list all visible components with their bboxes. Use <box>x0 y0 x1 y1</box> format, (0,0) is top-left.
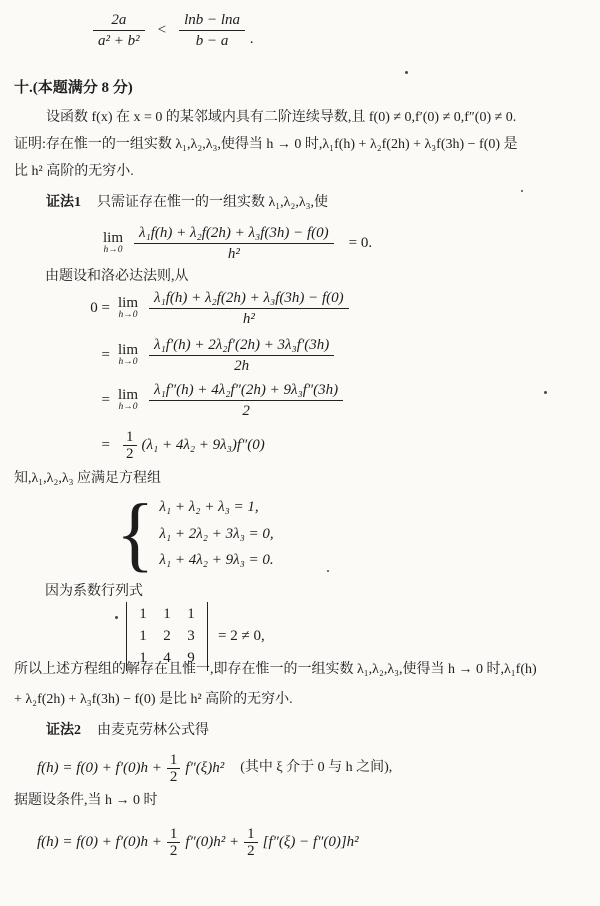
equation-lead: f(h) = f(0) + f′(0)h + <box>37 834 162 851</box>
lim-symbol: lim <box>103 231 123 245</box>
scan-speck <box>521 190 523 192</box>
fraction-denominator: 2 <box>167 842 181 859</box>
matrix-cell: 1 <box>179 605 203 624</box>
proof1-intro: 只需证存在惟一的一组实数 λ₁,λ₂,λ₃,使 <box>97 195 328 210</box>
fraction-denominator: a² + b² <box>93 30 145 50</box>
equation-lead: = <box>82 347 110 364</box>
fraction: λ₁f″(h) + 4λ₂f″(2h) + 9λ₃f″(3h) 2 <box>149 381 343 420</box>
fraction-numerator: λ₁f′(h) + 2λ₂f′(2h) + 3λ₃f′(3h) <box>149 336 334 355</box>
condition-text: 据题设条件,当 h → 0 时 <box>14 790 158 812</box>
scan-speck <box>115 616 118 619</box>
equation-chain-row1: 0 = lim h→0 λ₁f(h) + λ₂f(2h) + λ₃f(3h) −… <box>82 286 354 330</box>
fraction: λ₁f(h) + λ₂f(2h) + λ₃f(3h) − f(0) h² <box>134 224 334 263</box>
proof1-label: 证法1 <box>46 195 81 210</box>
fraction-numerator: λ₁f(h) + λ₂f(2h) + λ₃f(3h) − f(0) <box>149 289 349 308</box>
scanned-page: 2a a² + b² < lnb − lna b − a . 十.(本题满分 8… <box>0 0 600 906</box>
fraction-numerator: λ₁f(h) + λ₂f(2h) + λ₃f(3h) − f(0) <box>134 224 334 243</box>
system-equation-1: λ₁ + λ₂ + λ₃ = 1, <box>159 494 273 521</box>
fraction-denominator: b − a <box>179 30 245 50</box>
one-half-fraction: 1 2 <box>123 429 137 462</box>
equation-lead: 0 = <box>82 300 110 317</box>
matrix-cell: 1 <box>155 605 179 624</box>
lim-symbol: lim <box>118 296 138 310</box>
fraction-lhs: 2a a² + b² <box>93 11 145 50</box>
lhopital-text: 由题设和洛必达法则,从 <box>45 266 189 288</box>
lim-symbol: lim <box>118 388 138 402</box>
problem-heading: 十.(本题满分 8 分) <box>14 77 133 99</box>
fraction-numerator: 2a <box>106 11 131 30</box>
fraction-numerator: lnb − lna <box>179 11 245 30</box>
less-than-sign: < <box>158 22 166 39</box>
fraction-numerator: 1 <box>244 826 258 842</box>
limit-operator: lim h→0 <box>103 231 123 255</box>
lim-subscript: h→0 <box>119 402 138 412</box>
scan-speck <box>327 570 329 572</box>
limit-equation: lim h→0 λ₁f(h) + λ₂f(2h) + λ₃f(3h) − f(0… <box>103 220 372 266</box>
equation-mid: f″(0)h² + <box>185 834 239 851</box>
determinant-value: = 2 ≠ 0, <box>218 628 265 645</box>
matrix-cell: 1 <box>131 605 155 624</box>
proof1-heading-line: 证法1只需证存在惟一的一组实数 λ₁,λ₂,λ₃,使 <box>46 192 328 214</box>
system-intro-text: 知,λ₁,λ₂,λ₃ 应满足方程组 <box>14 468 161 490</box>
system-equation-3: λ₁ + 4λ₂ + 9λ₃ = 0. <box>159 547 273 574</box>
fraction-denominator: 2 <box>244 842 258 859</box>
left-brace: { <box>116 494 154 574</box>
conclusion-line1: 所以上述方程组的解存在且惟一,即存在惟一的一组实数 λ₁,λ₂,λ₃,使得当 h… <box>14 659 537 681</box>
determinant-intro-text: 因为系数行列式 <box>45 581 143 603</box>
lim-subscript: h→0 <box>119 310 138 320</box>
xi-range-note: (其中 ξ 介于 0 与 h 之间), <box>240 757 392 779</box>
one-half-fraction: 1 2 <box>167 752 181 785</box>
fraction-denominator: 2 <box>149 400 343 420</box>
lim-symbol: lim <box>118 343 138 357</box>
equation-rhs: = 0. <box>349 235 372 252</box>
problem-statement-line1: 设函数 f(x) 在 x = 0 的某邻域内具有二阶连续导数,且 f(0) ≠ … <box>46 107 516 129</box>
period: . <box>250 31 254 52</box>
equation-lead: f(h) = f(0) + f′(0)h + <box>37 760 162 777</box>
maclaurin-formula: f(h) = f(0) + f′(0)h + 1 2 f″(ξ)h² (其中 ξ… <box>37 748 392 788</box>
proof2-label: 证法2 <box>46 723 81 738</box>
expansion-formula: f(h) = f(0) + f′(0)h + 1 2 f″(0)h² + 1 2… <box>37 822 359 862</box>
proof2-intro: 由麦克劳林公式得 <box>97 723 209 738</box>
scan-speck <box>544 391 547 394</box>
inequality-formula: 2a a² + b² < lnb − lna b − a . <box>88 8 254 52</box>
fraction-rhs: lnb − lna b − a <box>179 11 245 50</box>
matrix-cell: 3 <box>179 627 203 646</box>
system-equation-2: λ₁ + 2λ₂ + 3λ₃ = 0, <box>159 521 273 548</box>
fraction-denominator: 2 <box>167 768 181 785</box>
lim-subscript: h→0 <box>104 245 123 255</box>
fraction: λ₁f′(h) + 2λ₂f′(2h) + 3λ₃f′(3h) 2h <box>149 336 334 375</box>
conclusion-line2: + λ₂f(2h) + λ₃f(3h) − f(0) 是比 h² 高阶的无穷小. <box>14 689 293 711</box>
fraction-numerator: λ₁f″(h) + 4λ₂f″(2h) + 9λ₃f″(3h) <box>149 381 343 400</box>
equation-lead: = <box>82 392 110 409</box>
fraction-numerator: 1 <box>167 826 181 842</box>
problem-statement-line3: 比 h² 高阶的无穷小. <box>14 161 134 183</box>
limit-operator: lim h→0 <box>118 296 138 320</box>
fraction-denominator: h² <box>134 243 334 263</box>
problem-statement-line2: 证明:存在惟一的一组实数 λ₁,λ₂,λ₃,使得当 h → 0 时,λ₁f(h)… <box>14 134 518 156</box>
limit-operator: lim h→0 <box>118 343 138 367</box>
one-half-fraction: 1 2 <box>167 826 181 859</box>
scan-speck <box>405 71 408 74</box>
fraction-numerator: 1 <box>167 752 181 768</box>
equation-tail: [f″(ξ) − f″(0)]h² <box>263 834 359 851</box>
fraction-denominator: h² <box>149 308 349 328</box>
matrix-cell: 1 <box>131 627 155 646</box>
fraction: λ₁f(h) + λ₂f(2h) + λ₃f(3h) − f(0) h² <box>149 289 349 328</box>
equation-tail: (λ₁ + 4λ₂ + 9λ₃)f″(0) <box>142 437 265 454</box>
one-half-fraction: 1 2 <box>244 826 258 859</box>
limit-operator: lim h→0 <box>118 388 138 412</box>
equation-chain-row4: = 1 2 (λ₁ + 4λ₂ + 9λ₃)f″(0) <box>82 426 265 464</box>
equation-system: { λ₁ + λ₂ + λ₃ = 1, λ₁ + 2λ₂ + 3λ₃ = 0, … <box>116 494 274 574</box>
proof2-heading-line: 证法2由麦克劳林公式得 <box>46 720 209 742</box>
equation-lead: = <box>82 437 110 454</box>
fraction-denominator: 2h <box>149 355 334 375</box>
equation-tail: f″(ξ)h² <box>185 760 224 777</box>
equation-chain-row2: = lim h→0 λ₁f′(h) + 2λ₂f′(2h) + 3λ₃f′(3h… <box>82 333 339 377</box>
matrix-cell: 2 <box>155 627 179 646</box>
fraction-denominator: 2 <box>123 445 137 462</box>
equation-chain-row3: = lim h→0 λ₁f″(h) + 4λ₂f″(2h) + 9λ₃f″(3h… <box>82 378 348 422</box>
system-rows: λ₁ + λ₂ + λ₃ = 1, λ₁ + 2λ₂ + 3λ₃ = 0, λ₁… <box>159 494 273 574</box>
fraction-numerator: 1 <box>123 429 137 445</box>
lim-subscript: h→0 <box>119 357 138 367</box>
